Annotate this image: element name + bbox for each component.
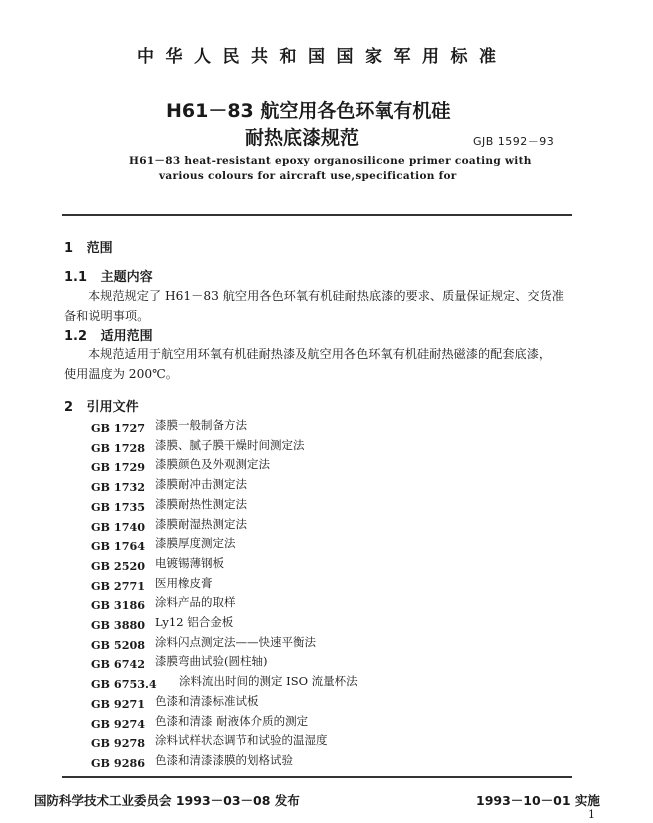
- reference-item: GB 1764漆膜厚度测定法: [91, 535, 145, 554]
- reference-title: 涂料产品的取样: [155, 594, 236, 610]
- reference-code: GB 6742: [91, 657, 145, 671]
- issue-statement: 国防科学技术工业委员会 1993－03－08 发布: [34, 791, 300, 809]
- section-2-heading: 2 引用文件: [64, 396, 139, 415]
- section-1-2-heading: 1.2 适用范围: [64, 325, 153, 344]
- reference-item: GB 3880Ly12 铝合金板: [91, 614, 145, 633]
- reference-title: 电镀锡薄钢板: [155, 555, 224, 571]
- section-1-2-text-line2: 使用温度为 200℃。: [64, 365, 178, 382]
- standard-code: GJB 1592－93: [473, 133, 554, 149]
- reference-code: GB 9271: [91, 697, 145, 711]
- reference-code: GB 1727: [91, 421, 145, 435]
- reference-title: 色漆和清漆标准试板: [155, 693, 259, 709]
- section-title: 适用范围: [101, 329, 153, 344]
- reference-code: GB 1764: [91, 539, 145, 553]
- document-title-line1: H61－83 航空用各色环氧有机硅: [166, 96, 450, 123]
- reference-code: GB 9278: [91, 736, 145, 750]
- reference-code: GB 1728: [91, 441, 145, 455]
- reference-code: GB 9286: [91, 756, 145, 770]
- section-1-1-text-line1: 本规范规定了 H61－83 航空用各色环氧有机硅耐热底漆的要求、质量保证规定、交…: [88, 287, 564, 304]
- reference-title: 漆膜弯曲试验(圆柱轴): [155, 653, 267, 669]
- section-number: 1.1: [64, 270, 87, 285]
- reference-title: 漆膜耐湿热测定法: [155, 516, 247, 532]
- reference-title: 涂料试样状态调节和试验的温湿度: [155, 732, 328, 748]
- reference-item: GB 1735漆膜耐热性测定法: [91, 496, 145, 515]
- reference-item: GB 1740漆膜耐湿热测定法: [91, 516, 145, 535]
- reference-title: 色漆和清漆 耐液体介质的测定: [155, 713, 308, 729]
- reference-title: 漆膜一般制备方法: [155, 417, 247, 433]
- reference-title: 医用橡皮膏: [155, 575, 213, 591]
- reference-item: GB 5208涂料闪点测定法——快速平衡法: [91, 634, 145, 653]
- reference-item: GB 1727漆膜一般制备方法: [91, 417, 145, 436]
- section-title: 主题内容: [101, 270, 153, 285]
- reference-item: GB 6753.4涂料流出时间的测定 ISO 流量杯法: [91, 673, 157, 692]
- reference-code: GB 2771: [91, 579, 145, 593]
- reference-code: GB 1729: [91, 460, 145, 474]
- reference-item: GB 9286色漆和清漆漆膜的划格试验: [91, 752, 145, 771]
- reference-code: GB 1732: [91, 480, 145, 494]
- reference-title: 漆膜颜色及外观测定法: [155, 456, 270, 472]
- reference-item: GB 3186涂料产品的取样: [91, 594, 145, 613]
- reference-item: GB 1732漆膜耐冲击测定法: [91, 476, 145, 495]
- header-divider: [62, 214, 572, 216]
- reference-item: GB 2771医用橡皮膏: [91, 575, 145, 594]
- reference-code: GB 3880: [91, 618, 145, 632]
- section-title: 引用文件: [87, 400, 139, 415]
- reference-title: 漆膜、腻子膜干燥时间测定法: [155, 437, 305, 453]
- reference-code: GB 1740: [91, 520, 145, 534]
- reference-item: GB 2520电镀锡薄钢板: [91, 555, 145, 574]
- reference-title: Ly12 铝合金板: [155, 614, 233, 630]
- reference-title: 漆膜厚度测定法: [155, 535, 236, 551]
- reference-code: GB 2520: [91, 559, 145, 573]
- reference-title: 涂料流出时间的测定 ISO 流量杯法: [179, 673, 358, 689]
- reference-item: GB 9278涂料试样状态调节和试验的温湿度: [91, 732, 145, 751]
- english-title-line2: various colours for aircraft use,specifi…: [159, 170, 457, 182]
- section-number: 1.2: [64, 329, 87, 344]
- reference-code: GB 5208: [91, 638, 145, 652]
- section-number: 1: [64, 241, 73, 256]
- reference-title: 漆膜耐热性测定法: [155, 496, 247, 512]
- reference-title: 涂料闪点测定法——快速平衡法: [155, 634, 316, 650]
- section-1-heading: 1 范围: [64, 237, 113, 256]
- reference-item: GB 9271色漆和清漆标准试板: [91, 693, 145, 712]
- section-1-1-text-line2: 备和说明事项。: [64, 307, 149, 324]
- document-title-line2: 耐热底漆规范: [245, 123, 359, 150]
- effective-date-statement: 1993－10－01 实施: [476, 791, 600, 809]
- standard-type-heading: 中华人民共和国国家军用标准: [137, 42, 508, 67]
- reference-item: GB 6742漆膜弯曲试验(圆柱轴): [91, 653, 145, 672]
- section-number: 2: [64, 400, 73, 415]
- reference-code: GB 6753.4: [91, 677, 157, 691]
- page-number: 1: [588, 808, 595, 821]
- reference-item: GB 9274色漆和清漆 耐液体介质的测定: [91, 713, 145, 732]
- reference-title: 色漆和清漆漆膜的划格试验: [155, 752, 293, 768]
- reference-code: GB 3186: [91, 598, 145, 612]
- english-title-line1: H61－83 heat-resistant epoxy organosilico…: [129, 153, 532, 168]
- reference-item: GB 1729漆膜颜色及外观测定法: [91, 456, 145, 475]
- reference-title: 漆膜耐冲击测定法: [155, 476, 247, 492]
- reference-item: GB 1728漆膜、腻子膜干燥时间测定法: [91, 437, 145, 456]
- footer-divider: [62, 776, 572, 778]
- section-1-1-heading: 1.1 主题内容: [64, 266, 153, 285]
- reference-code: GB 9274: [91, 717, 145, 731]
- section-1-2-text-line1: 本规范适用于航空用环氧有机硅耐热漆及航空用各色环氧有机硅耐热磁漆的配套底漆，: [88, 345, 551, 362]
- reference-code: GB 1735: [91, 500, 145, 514]
- section-title: 范围: [87, 241, 113, 256]
